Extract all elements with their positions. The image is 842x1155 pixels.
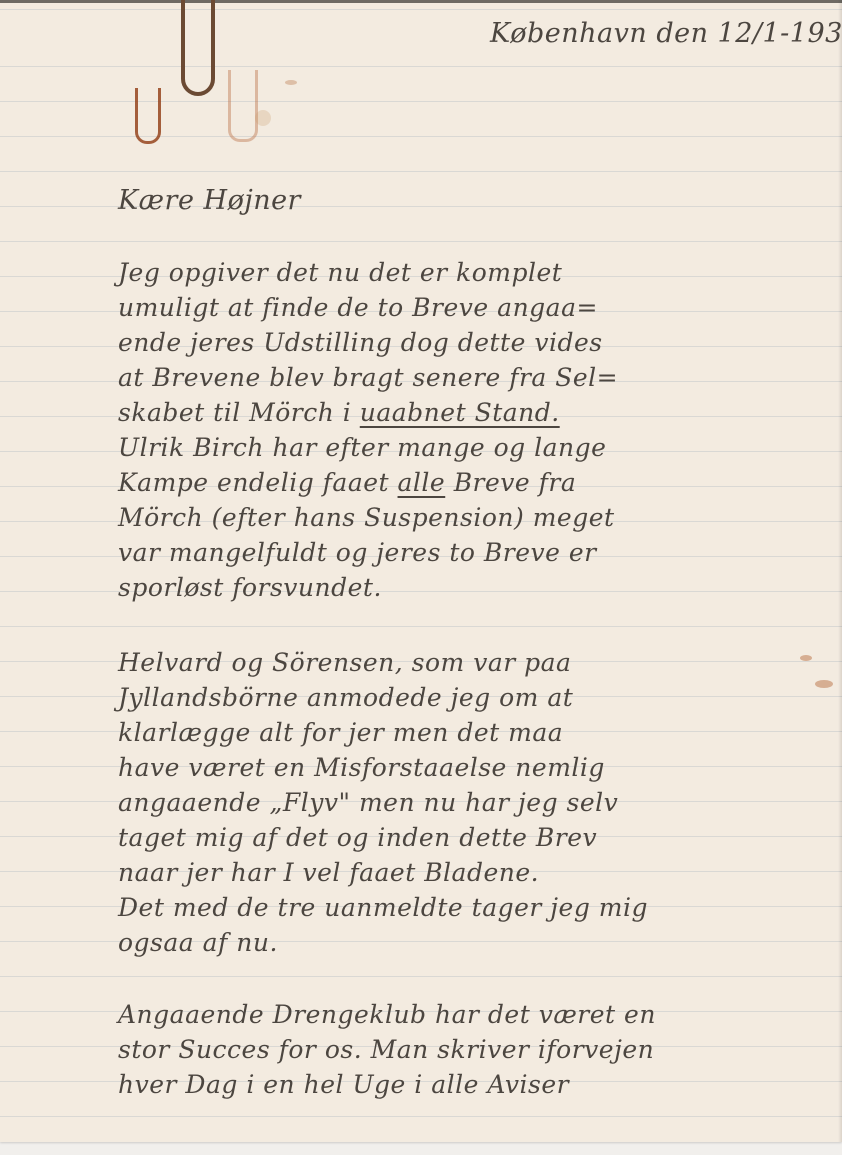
letter-line: Jyllandsbörne anmodede jeg om at	[118, 683, 573, 712]
letter-line: klarlægge alt for jer men det maa	[118, 718, 563, 747]
letter-line: ogsaa af nu.	[118, 928, 278, 957]
letter-line: angaaende „Flyv" men nu har jeg selv	[118, 788, 618, 817]
letter-line: Angaaende Drengeklub har det været en	[118, 1000, 656, 1029]
letter-text: Breve fra	[454, 468, 577, 497]
rust-stain-icon	[228, 70, 258, 142]
letter-line: naar jer har I vel faaet Bladene.	[118, 858, 539, 887]
letter-line: Kampe endelig faaet alle Breve fra	[118, 468, 576, 497]
letter-line: var mangelfuldt og jeres to Breve er	[118, 538, 597, 567]
letter-line: have været en Misforstaaelse nemlig	[118, 753, 605, 782]
letter-line: Ulrik Birch har efter mange og lange	[118, 433, 606, 462]
place-and-date: København den 12/1-1935	[490, 18, 842, 49]
letter-line: Det med de tre uanmeldte tager jeg mig	[118, 893, 648, 922]
salutation: Kære Højner	[118, 185, 301, 216]
letter-line: ende jeres Udstilling dog dette vides	[118, 328, 603, 357]
letter-line: taget mig af det og inden dette Brev	[118, 823, 597, 852]
letter-line: Helvard og Sörensen, som var paa	[118, 648, 571, 677]
rust-spot	[255, 110, 271, 126]
rust-spot	[285, 80, 297, 85]
rust-stain-icon	[135, 88, 161, 144]
letter-line: umuligt at finde de to Breve angaa=	[118, 293, 598, 322]
letter-text: Kampe endelig faaet	[118, 468, 389, 497]
letter-line: skabet til Mörch i uaabnet Stand.	[118, 398, 560, 427]
paperclip-icon	[181, 0, 215, 96]
letter-text: skabet til Mörch i	[118, 398, 351, 427]
letter-line: Mörch (efter hans Suspension) meget	[118, 503, 615, 532]
letter-page: København den 12/1-1935 Kære Højner Jeg …	[0, 0, 842, 1142]
page-top-edge	[0, 0, 842, 3]
underlined-text: uaabnet Stand.	[360, 398, 560, 427]
page-edge-shadow	[838, 0, 842, 1142]
rust-spot	[800, 655, 812, 661]
letter-line: stor Succes for os. Man skriver iforveje…	[118, 1035, 654, 1064]
underlined-text: alle	[398, 468, 446, 497]
letter-line: at Brevene blev bragt senere fra Sel=	[118, 363, 618, 392]
letter-line: hver Dag i en hel Uge i alle Aviser	[118, 1070, 569, 1099]
letter-line: sporløst forsvundet.	[118, 573, 382, 602]
rust-spot	[815, 680, 833, 688]
letter-line: Jeg opgiver det nu det er komplet	[118, 258, 562, 287]
